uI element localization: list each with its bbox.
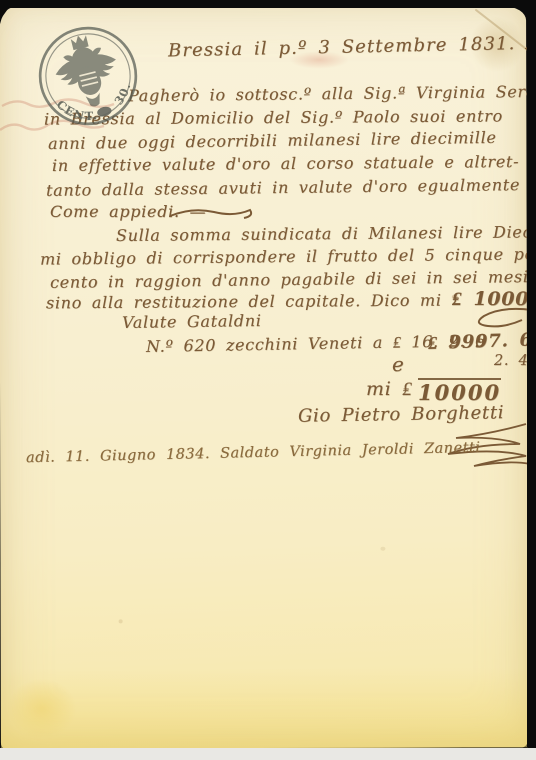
carry-mark: e (392, 354, 405, 374)
paper-stain (7, 678, 77, 738)
paper-speck (119, 619, 123, 623)
valuta-line: Valute Gataldni (122, 313, 262, 331)
stamp-rim-value: 30. (108, 78, 139, 110)
amount-due: ₤ 10000 (452, 290, 536, 309)
manuscript-line: in effettive valute d'oro al corso statu… (52, 154, 519, 174)
manuscript-line: sino alla restituzione del capitale. Dic… (46, 293, 442, 312)
total-prefix: mi ₤ (366, 380, 412, 399)
total-amount: 10000 (418, 378, 501, 403)
stamp-ink-blob (96, 105, 112, 118)
manuscript-line: Pagherò io sottosc.º alla Sig.ª Virginia… (128, 84, 536, 105)
scan-edge-bottom (0, 748, 536, 760)
scanned-document-page: CENT. 30. Bressia il p.º 3 Settembre 183… (0, 0, 536, 760)
manuscript-line: Sulla somma suindicata di Milanesi lire … (116, 224, 536, 244)
scan-edge-right (527, 0, 536, 747)
zecchini-amount: ₤ 9997. 60 (428, 331, 536, 353)
scan-corner-notch (0, 6, 10, 20)
signature: Gio Pietro Borghetti (298, 404, 505, 426)
paper-speck (380, 547, 385, 551)
stamp-rim-label: CENT. (52, 90, 100, 132)
manuscript-line: Come appiedi. — (50, 204, 206, 220)
paper-stain (1, 667, 528, 748)
scan-edge-top (0, 0, 536, 8)
